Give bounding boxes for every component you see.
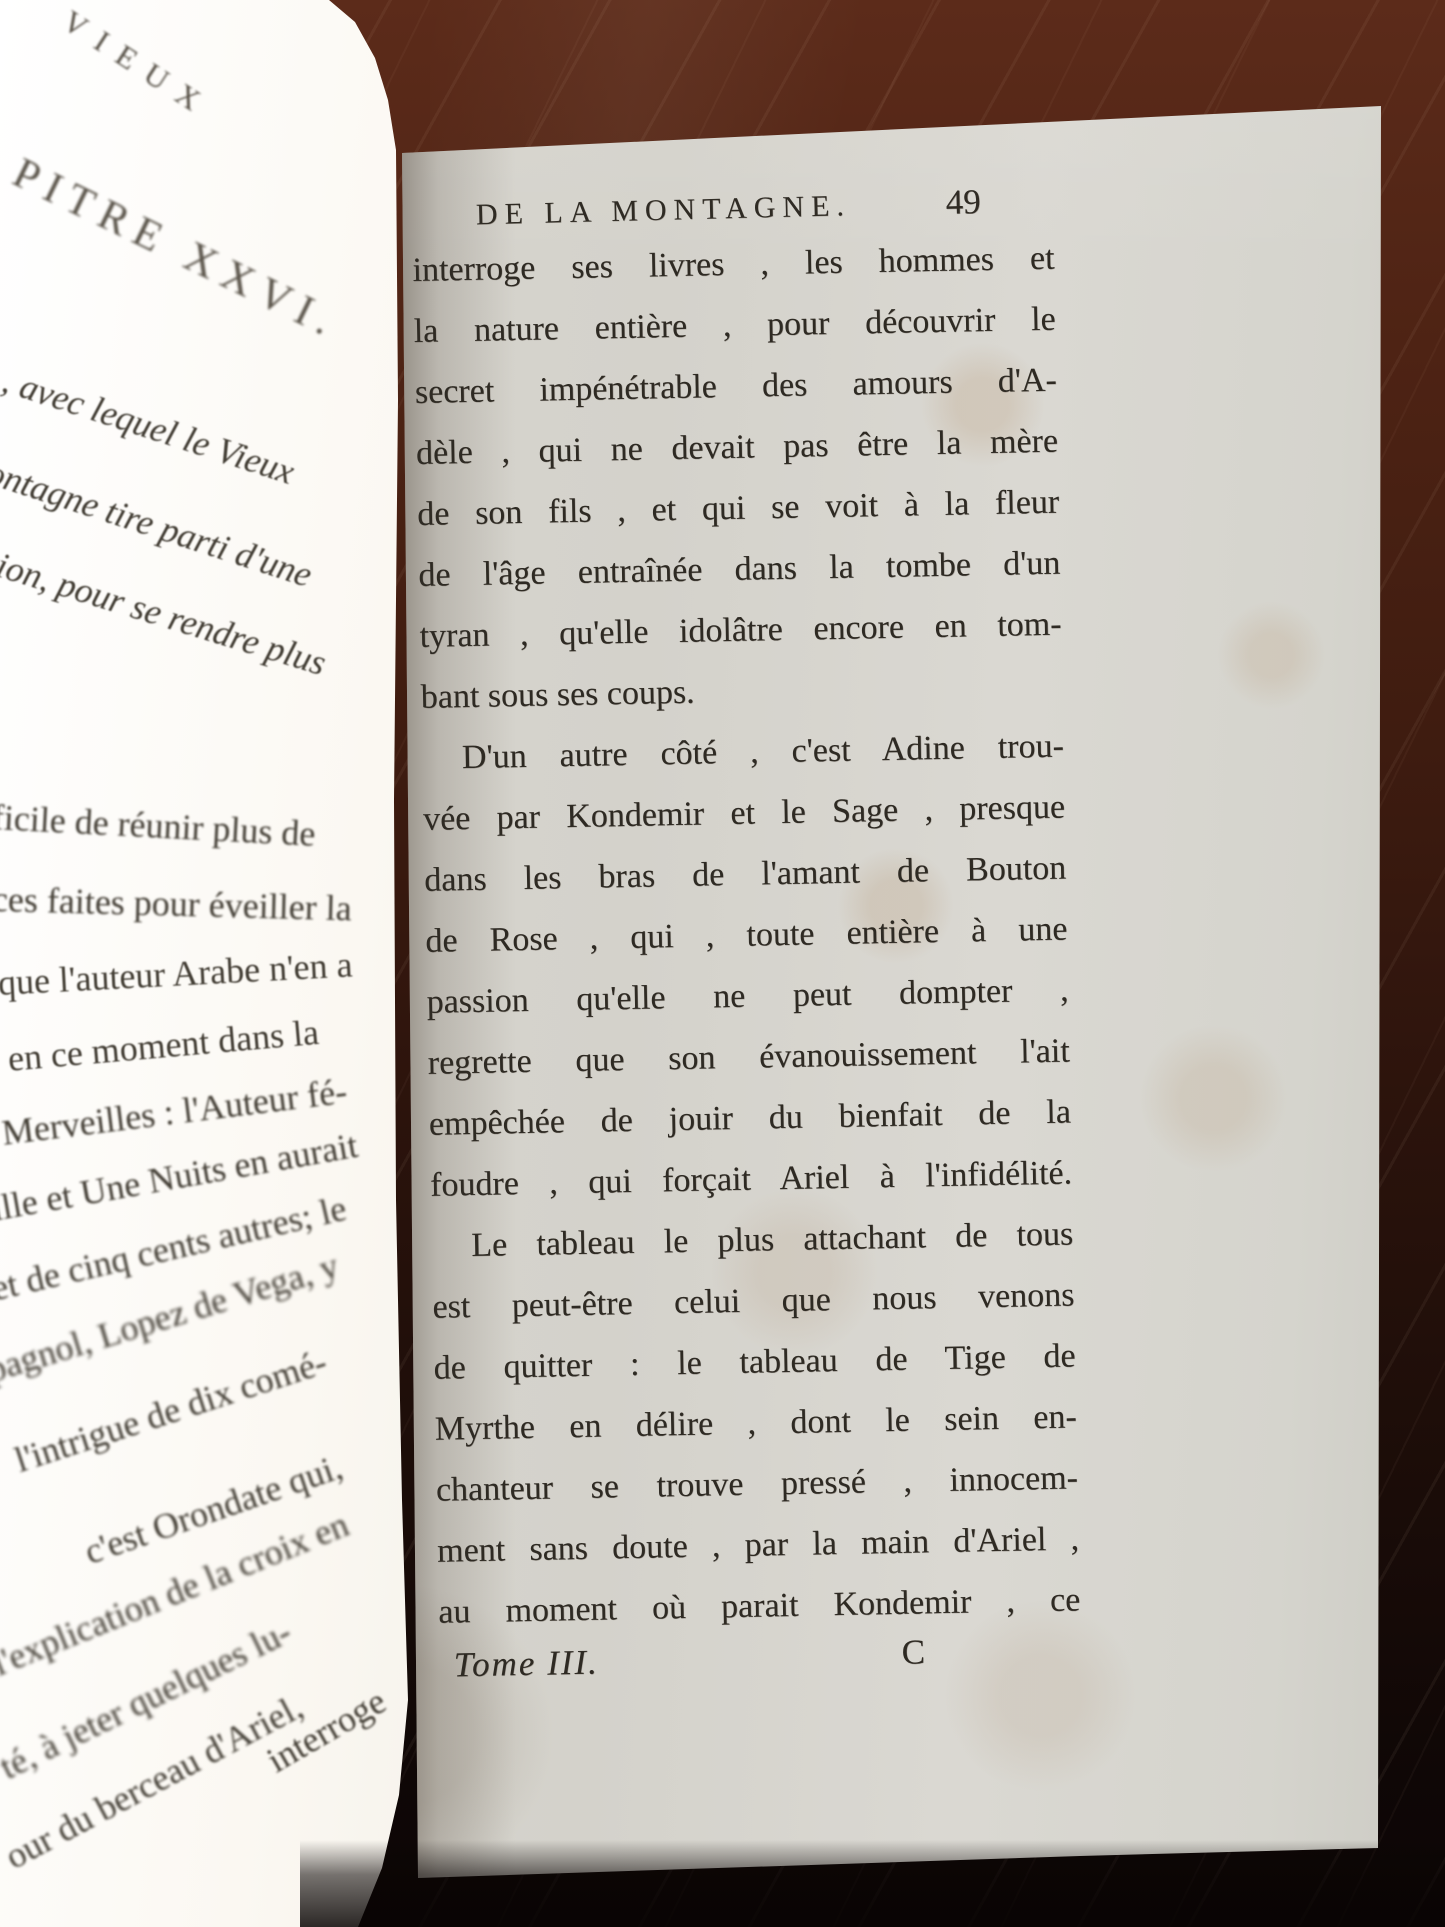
left-page-text-fragment: ficile de réunir plus de [0,796,317,855]
left-page-text-fragment: en ce moment dans la [6,1011,320,1080]
text-line: tyran , qu'elle idolâtre encore en tom- [419,594,1062,667]
left-page-text-fragment: ces faites pour éveiller la [0,878,352,929]
page-bottom-shadow [300,1840,1445,1927]
left-page-text-fragment: que l'auteur Arabe n'en a [0,943,353,1004]
text-line: au moment où parait Kondemir , ce [438,1569,1081,1642]
left-page-text-fragment: PITRE XXVI. [5,148,349,349]
photo-of-open-book: { "scene": { "description": "Photograph … [0,0,1445,1927]
right-page-text: interroge ses livres , les hommes etla n… [412,228,1081,1643]
volume-label: Tome III. [453,1643,599,1686]
left-page-text-fragment: VIEUX [56,3,219,127]
page-number: 49 [945,182,981,223]
right-page-footer: Tome III. C [411,1634,1054,1710]
catchword: C [901,1632,925,1672]
running-head: DE LA MONTAGNE. [476,189,852,232]
